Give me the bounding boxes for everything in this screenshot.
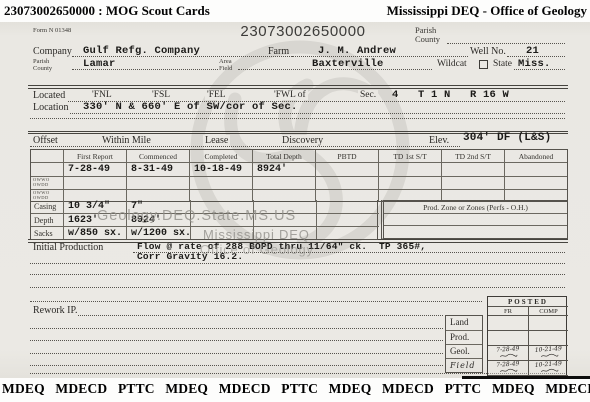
- date-text: 7-28-49: [496, 346, 520, 354]
- col-header-td1st: TD 1st S/T: [378, 150, 441, 162]
- section-township-range-value: 4 T 1 N R 16 W: [392, 89, 509, 101]
- initial-production-label: Initial Production: [33, 242, 103, 253]
- col-header-td2nd: TD 2nd S/T: [441, 150, 504, 162]
- field-label-handwritten: Field: [446, 358, 482, 372]
- table-cell: [189, 176, 252, 189]
- sacks-label: Sacks: [31, 226, 63, 239]
- table-cell: [63, 176, 126, 189]
- table-cell: [316, 213, 379, 226]
- dotted-rule: [30, 263, 565, 264]
- table-cell: [190, 213, 253, 226]
- prod-zone-header: Prod. Zone or Zones (Perfs - O.H.): [384, 201, 567, 214]
- fsl-label: 'FSL: [150, 90, 172, 100]
- handwritten-date: 10-21-49: [529, 346, 568, 359]
- posted-geol-fr: 7-28-49: [488, 346, 528, 361]
- handwritten-date: 10-21-49: [529, 361, 568, 374]
- table-cell: [441, 162, 504, 176]
- posted-prod-comp: [528, 331, 568, 346]
- posted-land-fr: [488, 316, 528, 331]
- table-cell: [253, 213, 316, 226]
- farm-value: J. M. Andrew: [318, 45, 396, 57]
- dotted-rule: [78, 315, 443, 316]
- location-value: 330' N & 660' E of SW/cor of Sec.: [83, 101, 298, 113]
- elev-label: Elev.: [427, 135, 451, 146]
- total-depth-value: 8924': [252, 162, 315, 176]
- depth-production-value: 8924': [126, 213, 190, 226]
- dotted-rule: [30, 365, 443, 366]
- col-header-abandoned: Abandoned: [504, 150, 567, 162]
- col-header-commenced: Commenced: [126, 150, 189, 162]
- table-cell: [316, 200, 379, 213]
- scan-edge-bar: [462, 376, 590, 379]
- prod-label: Prod.: [446, 330, 482, 344]
- dotted-rule: [30, 301, 482, 302]
- posted-geol-comp: 10-21-49: [528, 346, 568, 361]
- wildcat-checkbox: [479, 60, 488, 69]
- posted-col-fr: FR: [488, 307, 528, 316]
- table-cell: [441, 176, 504, 189]
- footer-watermark-strip: MDEQ MDECD PTTC MDEQ MDECD PTTC MDEQ MDE…: [2, 381, 590, 401]
- county-label-topright: County: [415, 35, 440, 45]
- lease-label: Lease: [203, 135, 230, 146]
- parish-county-value: Lamar: [83, 58, 116, 70]
- sec-label: Sec.: [358, 90, 378, 100]
- prod-zone-blank-row: [384, 226, 567, 239]
- area-field-value: Baxterville: [312, 58, 384, 70]
- col-header-first-report: First Report: [63, 150, 126, 162]
- table-cell: [315, 162, 378, 176]
- owdd-line: OWDD: [31, 182, 63, 187]
- dotted-rule: [447, 43, 565, 44]
- table-cell: [504, 162, 567, 176]
- state-value: Miss.: [518, 58, 551, 70]
- state-label: State: [493, 59, 512, 69]
- casing-surface-value: 10 3/4": [63, 200, 126, 213]
- dotted-rule: [30, 287, 565, 288]
- table-cell: [190, 200, 253, 213]
- wildcat-label: Wildcat: [437, 59, 467, 69]
- agency-title: Mississippi DEQ - Office of Geology: [387, 3, 587, 19]
- document-viewer-page: 23073002650000 : MOG Scout Cards Mississ…: [0, 0, 590, 402]
- well-no-label: Well No.: [470, 46, 506, 57]
- posted-title: POSTED: [488, 297, 568, 307]
- table-cell: [504, 176, 567, 189]
- table-cell: [190, 226, 253, 239]
- table-cell: [252, 176, 315, 189]
- geol-label: Geol.: [446, 344, 482, 358]
- fnl-label: 'FNL: [90, 90, 114, 100]
- depth-label: Depth: [31, 213, 63, 226]
- fel-label: 'FEL: [205, 90, 228, 100]
- posted-field-fr: 7-28-49: [488, 361, 528, 376]
- field-line: Field: [219, 65, 232, 72]
- dotted-rule: [30, 146, 460, 147]
- date-text: 10-21-49: [535, 346, 562, 354]
- table-cell: [316, 226, 379, 239]
- company-label: Company: [33, 46, 72, 57]
- depth-surface-value: 1623': [63, 213, 126, 226]
- well-dates-table: First Report Commenced Completed Total D…: [30, 149, 568, 202]
- col-header-total-depth: Total Depth: [252, 150, 315, 162]
- commenced-value: 8-31-49: [126, 162, 189, 176]
- completed-value: 10-18-49: [189, 162, 252, 176]
- scout-card-scan: Form N 01348 23073002650000 Parish Count…: [0, 22, 590, 378]
- casing-table: Casing 10 3/4" 7" Depth 1623' 8924' Sack…: [30, 200, 378, 240]
- first-report-value: 7-28-49: [63, 162, 126, 176]
- col-header-completed: Completed: [189, 150, 252, 162]
- table-cell: [378, 162, 441, 176]
- dotted-rule: [30, 373, 565, 374]
- within-mile-label: Within Mile: [100, 135, 153, 146]
- casing-label: Casing: [31, 200, 63, 213]
- dotted-rule: [30, 328, 443, 329]
- parish-line: Parish: [33, 58, 52, 65]
- posted-col-comp: COMP: [528, 307, 568, 316]
- date-text: 7-28-49: [496, 361, 520, 369]
- rework-ip-label: Rework IP.: [33, 305, 77, 316]
- located-label: Located: [33, 90, 65, 101]
- page-header: 23073002650000 : MOG Scout Cards Mississ…: [0, 2, 590, 21]
- dotted-rule: [30, 274, 565, 275]
- posted-prod-fr: [488, 331, 528, 346]
- offset-label: Offset: [31, 135, 60, 146]
- posted-land-comp: [528, 316, 568, 331]
- section-divider: [28, 85, 568, 86]
- handwritten-date: 7-28-49: [488, 361, 528, 374]
- table-cell: [126, 176, 189, 189]
- posted-field-comp: 10-21-49: [528, 361, 568, 376]
- date-text: 10-21-49: [535, 361, 562, 369]
- well-no-value: 21: [526, 45, 539, 57]
- posted-table: POSTED FR COMP 7-28-49 10-21-49 7-28-49 …: [487, 296, 567, 377]
- discovery-label: Discovery: [280, 135, 325, 146]
- col-header-pbtd: PBTD: [315, 150, 378, 162]
- handwritten-date: 7-28-49: [488, 346, 528, 359]
- form-number: Form N 01348: [33, 27, 71, 34]
- page-title: 23073002650000 : MOG Scout Cards: [4, 3, 210, 19]
- area-line: Area: [219, 58, 232, 65]
- area-field-label: AreaField: [219, 58, 232, 73]
- table-cell: [315, 176, 378, 189]
- fwl-label: 'FWL of: [272, 90, 308, 100]
- land-label: Land: [446, 316, 482, 330]
- dotted-rule: [30, 353, 443, 354]
- initial-production-line2: Corr Gravity 16.2.: [137, 251, 243, 262]
- table-cell: [378, 176, 441, 189]
- posted-row-labels: Land Prod. Geol. Field: [445, 315, 483, 373]
- county-line: County: [33, 65, 52, 72]
- parish-county-label: ParishCounty: [33, 58, 52, 73]
- prod-zone-blank-row: [384, 214, 567, 227]
- api-number-stamp: 23073002650000: [228, 23, 378, 40]
- dotted-rule: [30, 118, 565, 119]
- table-cell: [253, 200, 316, 213]
- casing-production-value: 7": [126, 200, 190, 213]
- location-label: Location: [33, 102, 69, 113]
- elev-value: 304' DF (L&S): [463, 132, 551, 144]
- company-value: Gulf Refg. Company: [83, 45, 200, 57]
- table-stub-header: [31, 150, 63, 162]
- owwo-stub-1: OWWOOWDD: [31, 176, 63, 189]
- dotted-rule: [30, 340, 443, 341]
- sacks-production-value: w/1200 sx.: [126, 226, 190, 239]
- table-cell: [253, 226, 316, 239]
- table-cell: [31, 162, 63, 176]
- prod-zone-box: Prod. Zone or Zones (Perfs - O.H.): [381, 200, 568, 239]
- sacks-surface-value: w/850 sx.: [63, 226, 126, 239]
